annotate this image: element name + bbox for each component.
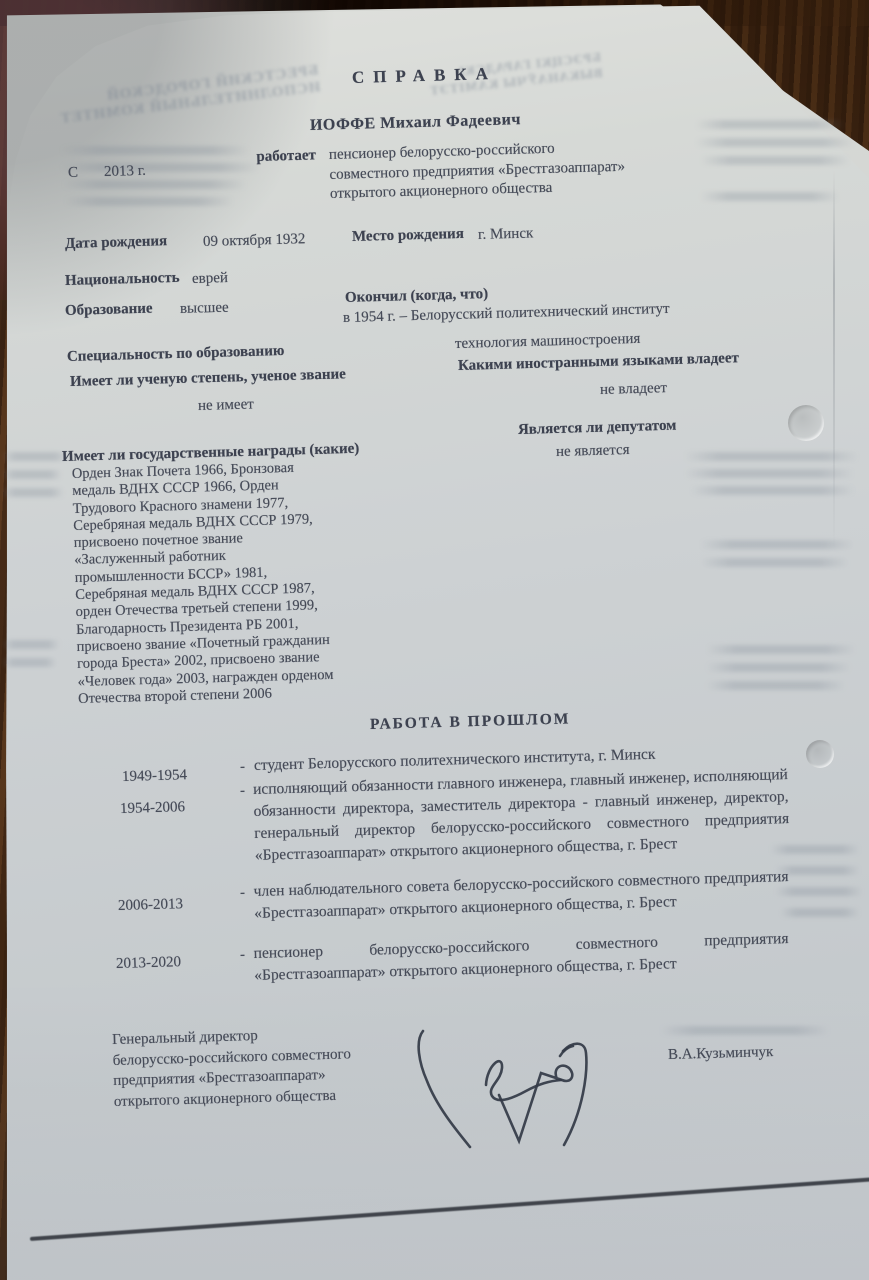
bleed-through-smudge <box>64 197 234 206</box>
deputy-value: не является <box>556 441 630 461</box>
doc-title: СПРАВКА <box>352 64 497 89</box>
bleed-through-smudge <box>2 658 57 667</box>
education-value: высшее <box>180 299 229 319</box>
bleed-through-smudge <box>660 1026 830 1035</box>
birth-date-label: Дата рождения <box>65 232 168 253</box>
bleed-through-smudge <box>780 908 860 917</box>
bleed-through-smudge <box>706 681 846 690</box>
bleed-through-smudge <box>2 640 60 649</box>
hole-punch <box>806 740 834 768</box>
bleed-through-smudge <box>684 452 859 461</box>
bleed-through-smudge <box>700 540 855 549</box>
work-dash: - <box>240 884 246 902</box>
bleed-through-smudge <box>684 469 854 478</box>
handwritten-signature <box>413 1023 643 1158</box>
work-period: 1949-1954 <box>122 766 187 786</box>
degree-value: не имеет <box>198 395 254 415</box>
work-period: 2006-2013 <box>118 895 183 915</box>
languages-value: не владеет <box>600 379 667 399</box>
since-label: С <box>68 165 78 181</box>
bleed-through-smudge <box>695 120 845 129</box>
hole-punch <box>788 405 824 441</box>
birth-date-value: 09 октября 1932 <box>203 230 306 251</box>
bleed-through-smudge <box>60 146 250 155</box>
work-period: 1954-2006 <box>120 798 185 818</box>
bleed-through-smudge <box>700 558 850 567</box>
work-dash: - <box>240 782 246 800</box>
bleed-through-smudge <box>2 452 68 461</box>
birth-place-value: г. Минск <box>478 224 534 244</box>
bleed-through-smudge <box>706 663 851 672</box>
work-period: 2013-2020 <box>116 953 181 973</box>
signatory-title: Генеральный директор белорусско-российск… <box>112 1023 352 1112</box>
bleed-through-smudge <box>700 156 850 165</box>
bleed-through-smudge <box>690 486 855 495</box>
works-label: работает <box>256 146 317 206</box>
photographed-certificate: БРЕСТСКИЙ ГОРОДСКОЙ ИСПОЛНИТЕЛЬНЫЙ КОМИТ… <box>0 0 869 1280</box>
bleed-through-smudge <box>2 470 62 479</box>
education-label: Образование <box>65 300 153 321</box>
bleed-through-smudge <box>2 488 64 497</box>
bleed-through-smudge <box>700 192 840 201</box>
since-field: С2013 г. <box>68 162 146 182</box>
works-value: пенсионер белорусско-российского совмест… <box>329 138 626 205</box>
work-dash: - <box>240 758 246 776</box>
birth-place-label: Место рождения <box>352 225 464 246</box>
works-field: работает пенсионер белорусско-российског… <box>256 138 626 207</box>
signatory-name: В.А.Кузьминчук <box>668 1043 774 1064</box>
since-year: 2013 г. <box>104 163 146 180</box>
nationality-label: Национальность <box>65 269 180 290</box>
work-description: исполняющий обязанности главного инженер… <box>253 764 790 867</box>
work-dash: - <box>240 946 246 964</box>
bleed-through-smudge <box>695 138 855 147</box>
awards-list: Орден Знак Почета 1966, Бронзовая медаль… <box>72 457 409 708</box>
nationality-value: еврей <box>192 269 228 288</box>
bleed-through-smudge <box>706 645 856 654</box>
